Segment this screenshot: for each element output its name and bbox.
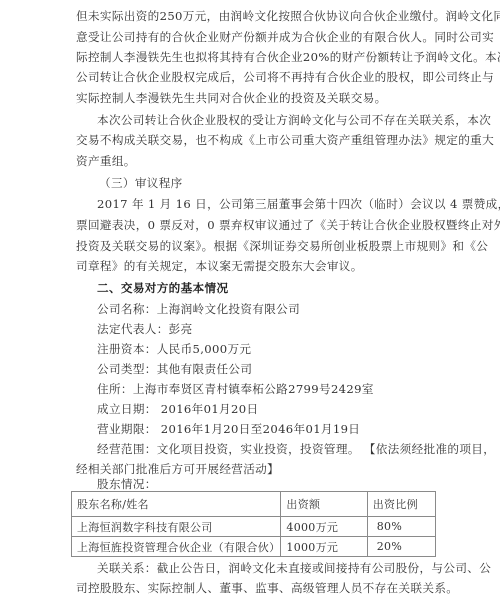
field-address: 住所：上海市奉贤区青村镇奉柘公路2799号2429室 bbox=[97, 382, 453, 396]
field-legal-representative: 法定代表人：彭亮 bbox=[97, 322, 453, 336]
table-row: 上海恒润数字科技有限公司 4000万元 80% bbox=[72, 517, 436, 537]
field-business-term: 营业期限： 2016年1月20日至2046年01月19日 bbox=[97, 422, 453, 436]
table-header-cell: 出资比例 bbox=[367, 492, 435, 517]
paragraph-line: 2017 年 1 月 16 日，公司第三届董事会第十四次（临时）会议以 4 票赞… bbox=[97, 197, 432, 211]
field-business-scope-cont: 经相关部门批准后方可开展经营活动】 bbox=[76, 462, 432, 476]
paragraph-line: 司控股股东、实际控制人、董事、监事、高级管理人员不存在关联关系。 bbox=[76, 581, 432, 595]
table-header-cell: 股东名称/姓名 bbox=[72, 492, 281, 517]
shareholders-table: 股东名称/姓名 出资额 出资比例 上海恒润数字科技有限公司 4000万元 80%… bbox=[71, 491, 436, 557]
paragraph-line: 实际控制人李漫铁先生共同对合伙企业的投资及关联交易。 bbox=[76, 91, 432, 105]
paragraph-line: 资产重组。 bbox=[76, 154, 432, 168]
field-registered-capital: 注册资本：人民币5,000万元 bbox=[97, 342, 453, 356]
paragraph-line: 关联关系：截止公告日，润岭文化未直接或间接持有公司股份，与公司、公 bbox=[97, 561, 432, 575]
table-cell: 上海恒润数字科技有限公司 bbox=[72, 517, 281, 537]
table-cell: 4000万元 bbox=[281, 517, 367, 537]
field-established-date: 成立日期： 2016年01月20日 bbox=[97, 402, 453, 416]
table-header-cell: 出资额 bbox=[281, 492, 367, 517]
paragraph-line: 交易不构成关联交易，也不构成《上市公司重大资产重组管理办法》规定的重大 bbox=[76, 133, 432, 147]
table-header-row: 股东名称/姓名 出资额 出资比例 bbox=[72, 492, 436, 517]
paragraph-line: 票回避表决，0 票反对，0 票弃权审议通过了《关于转让合伙企业股权暨终止对外 bbox=[76, 218, 432, 232]
section-heading-counterparty: 二、交易对方的基本情况 bbox=[97, 281, 432, 295]
table-cell: 1000万元 bbox=[281, 537, 367, 557]
section-heading-review: （三）审议程序 bbox=[99, 176, 455, 190]
table-cell: 20% bbox=[367, 537, 435, 557]
paragraph-line: 意受让公司持有的合伙企业财产份额并成为合伙企业的有限合伙人。同时公司实 bbox=[76, 30, 432, 44]
paragraph-line: 投资及关联交易的议案》。根据《深圳证券交易所创业板股票上市规则》和《公 bbox=[76, 239, 432, 253]
field-business-scope: 经营范围：文化项目投资，实业投资，投资管理。 【依法须经批准的项目， bbox=[97, 442, 453, 456]
paragraph-line: 本次公司转让合伙企业股权的受让方润岭文化与公司不存在关联关系，本次 bbox=[97, 113, 432, 127]
paragraph-line: 际控制人李漫铁先生也拟将其持有合伙企业20%的财产份额转让予润岭文化。本次 bbox=[76, 50, 432, 64]
field-company-name: 公司名称：上海润岭文化投资有限公司 bbox=[97, 302, 453, 316]
table-cell: 上海恒旌投资管理合伙企业（有限合伙） bbox=[72, 537, 281, 557]
table-cell: 80% bbox=[367, 517, 435, 537]
paragraph-line: 公司转让合伙企业股权完成后，公司将不再持有合伙企业的股权，即公司终止与 bbox=[76, 70, 432, 84]
paragraph-line: 但未实际出资的250万元，由润岭文化按照合伙协议向合伙企业缴付。润岭文化同 bbox=[76, 9, 432, 23]
paragraph-line: 司章程》的有关规定，本议案无需提交股东大会审议。 bbox=[76, 259, 432, 273]
table-row: 上海恒旌投资管理合伙企业（有限合伙） 1000万元 20% bbox=[72, 537, 436, 557]
document-page: 但未实际出资的250万元，由润岭文化按照合伙协议向合伙企业缴付。润岭文化同 意受… bbox=[0, 0, 500, 596]
field-company-type: 公司类型：其他有限责任公司 bbox=[97, 362, 453, 376]
shareholders-label: 股东情况： bbox=[97, 477, 453, 491]
